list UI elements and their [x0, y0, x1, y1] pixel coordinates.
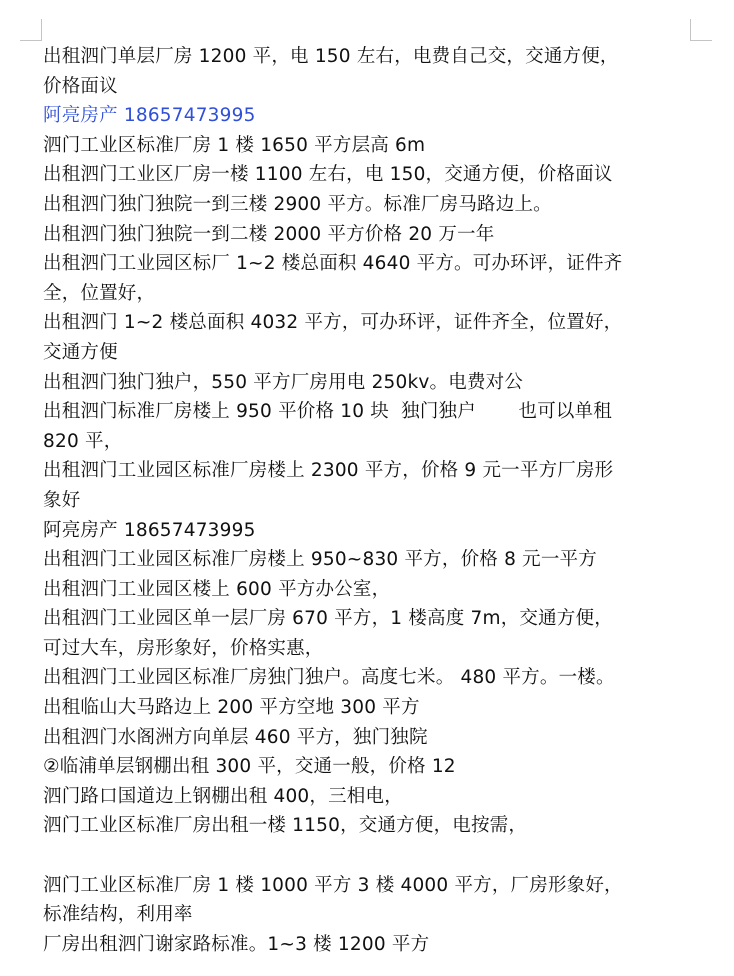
- paragraph[interactable]: 泗门工业区标准厂房 1 楼 1650 平方层高 6m: [43, 131, 703, 161]
- text-line: 出租泗门工业园区标准厂房独门独户。高度七米。 480 平方。一楼。: [43, 663, 703, 693]
- paragraph[interactable]: 出租泗门单层厂房 1200 平，电 150 左右，电费自己交，交通方便，价格面议: [43, 42, 703, 101]
- text-line: 象好: [43, 486, 703, 516]
- paragraph[interactable]: 出租泗门工业园区楼上 600 平方办公室，: [43, 575, 703, 605]
- paragraph[interactable]: 出租泗门独门独户，550 平方厂房用电 250kv。电费对公: [43, 368, 703, 398]
- paragraph[interactable]: 出租泗门独门独院一到三楼 2900 平方。标准厂房马路边上。: [43, 190, 703, 220]
- margin-corner-mark-top-right: [690, 19, 712, 41]
- text-line: 出租泗门 1~2 楼总面积 4032 平方，可办环评，证件齐全，位置好，: [43, 308, 703, 338]
- paragraph[interactable]: 泗门路口国道边上钢棚出租 400，三相电，: [43, 782, 703, 812]
- text-line: 出租泗门单层厂房 1200 平，电 150 左右，电费自己交，交通方便，: [43, 42, 703, 72]
- text-line: 出租泗门工业园区标厂 1~2 楼总面积 4640 平方。可办环评，证件齐: [43, 249, 703, 279]
- paragraph[interactable]: 出租泗门工业园区单一层厂房 670 平方，1 楼高度 7m，交通方便，可过大车，…: [43, 604, 703, 663]
- text-line: 出租泗门水阁洲方向单层 460 平方，独门独院: [43, 723, 703, 753]
- text-line: 泗门工业区标准厂房 1 楼 1000 平方 3 楼 4000 平方，厂房形象好，: [43, 871, 703, 901]
- text-line: 出租泗门工业园区标准厂房楼上 2300 平方，价格 9 元一平方厂房形: [43, 456, 703, 486]
- text-line: 出租泗门工业园区标准厂房楼上 950~830 平方，价格 8 元一平方: [43, 545, 703, 575]
- text-line: 交通方便: [43, 338, 703, 368]
- text-line: [43, 841, 703, 871]
- paragraph[interactable]: 出租泗门工业园区标准厂房楼上 2300 平方，价格 9 元一平方厂房形象好: [43, 456, 703, 515]
- text-line: 价格面议: [43, 72, 703, 102]
- paragraph[interactable]: 出租泗门独门独院一到二楼 2000 平方价格 20 万一年: [43, 220, 703, 250]
- text-line: 厂房出租泗门谢家路标准。1~3 楼 1200 平方: [43, 930, 703, 960]
- paragraph[interactable]: 出租泗门标准厂房楼上 950 平价格 10 块 独门独户 也可以单租820 平，: [43, 397, 703, 456]
- paragraph[interactable]: 出租临山大马路边上 200 平方空地 300 平方: [43, 693, 703, 723]
- paragraph[interactable]: 泗门工业区标准厂房出租一楼 1150，交通方便，电按需，: [43, 811, 703, 841]
- paragraph[interactable]: 泗门工业区标准厂房 1 楼 1000 平方 3 楼 4000 平方，厂房形象好，…: [43, 871, 703, 930]
- text-line: 泗门工业区标准厂房 1 楼 1650 平方层高 6m: [43, 131, 703, 161]
- paragraph[interactable]: 出租泗门工业园区标厂 1~2 楼总面积 4640 平方。可办环评，证件齐全，位置…: [43, 249, 703, 308]
- margin-corner-mark-top-left: [20, 19, 42, 41]
- text-line: 可过大车，房形象好，价格实惠，: [43, 634, 703, 664]
- text-line: 出租泗门独门独院一到二楼 2000 平方价格 20 万一年: [43, 220, 703, 250]
- paragraph[interactable]: [43, 841, 703, 871]
- text-line: 标准结构，利用率: [43, 900, 703, 930]
- text-line: ②临浦单层钢棚出租 300 平，交通一般，价格 12: [43, 752, 703, 782]
- text-line: 阿亮房产 18657473995: [43, 101, 703, 131]
- text-line: 出租泗门标准厂房楼上 950 平价格 10 块 独门独户 也可以单租: [43, 397, 703, 427]
- text-line: 出租泗门工业园区楼上 600 平方办公室，: [43, 575, 703, 605]
- text-line: 出租泗门工业区厂房一楼 1100 左右，电 150，交通方便，价格面议: [43, 160, 703, 190]
- text-line: 820 平，: [43, 427, 703, 457]
- paragraph[interactable]: ②临浦单层钢棚出租 300 平，交通一般，价格 12: [43, 752, 703, 782]
- paragraph[interactable]: 阿亮房产 18657473995: [43, 101, 703, 131]
- document-body[interactable]: 出租泗门单层厂房 1200 平，电 150 左右，电费自己交，交通方便，价格面议…: [43, 42, 703, 959]
- paragraph[interactable]: 出租泗门 1~2 楼总面积 4032 平方，可办环评，证件齐全，位置好，交通方便: [43, 308, 703, 367]
- text-line: 泗门工业区标准厂房出租一楼 1150，交通方便，电按需，: [43, 811, 703, 841]
- text-line: 出租临山大马路边上 200 平方空地 300 平方: [43, 693, 703, 723]
- paragraph[interactable]: 出租泗门工业区厂房一楼 1100 左右，电 150，交通方便，价格面议: [43, 160, 703, 190]
- paragraph[interactable]: 出租泗门工业园区标准厂房楼上 950~830 平方，价格 8 元一平方: [43, 545, 703, 575]
- text-line: 泗门路口国道边上钢棚出租 400，三相电，: [43, 782, 703, 812]
- text-line: 全，位置好，: [43, 279, 703, 309]
- text-line: 出租泗门独门独户，550 平方厂房用电 250kv。电费对公: [43, 368, 703, 398]
- paragraph[interactable]: 厂房出租泗门谢家路标准。1~3 楼 1200 平方: [43, 930, 703, 960]
- paragraph[interactable]: 出租泗门工业园区标准厂房独门独户。高度七米。 480 平方。一楼。: [43, 663, 703, 693]
- document-page: 出租泗门单层厂房 1200 平，电 150 左右，电费自己交，交通方便，价格面议…: [0, 0, 734, 976]
- paragraph[interactable]: 阿亮房产 18657473995: [43, 516, 703, 546]
- paragraph[interactable]: 出租泗门水阁洲方向单层 460 平方，独门独院: [43, 723, 703, 753]
- text-line: 出租泗门独门独院一到三楼 2900 平方。标准厂房马路边上。: [43, 190, 703, 220]
- text-line: 出租泗门工业园区单一层厂房 670 平方，1 楼高度 7m，交通方便，: [43, 604, 703, 634]
- text-line: 阿亮房产 18657473995: [43, 516, 703, 546]
